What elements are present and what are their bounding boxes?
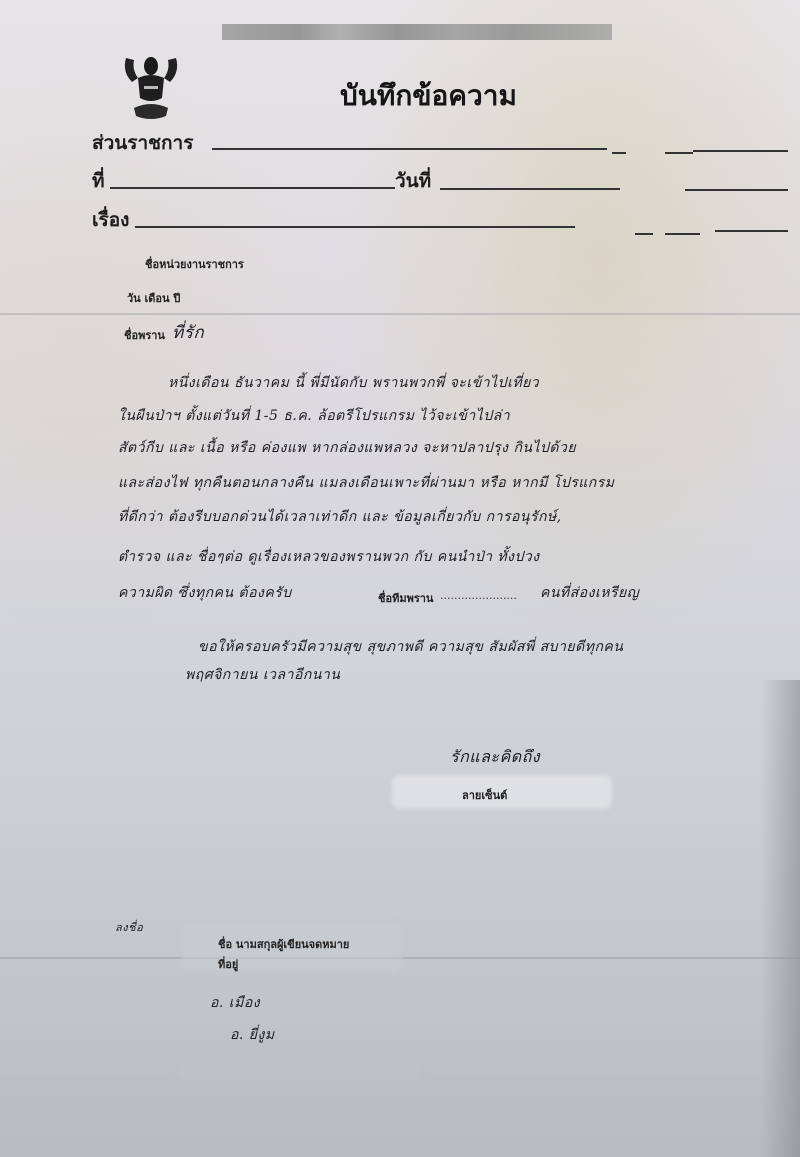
team-name-dots: ...................... <box>440 589 517 602</box>
addressee-handwritten: ที่รัก <box>172 319 204 346</box>
body-line: ความผิด ซึ่งทุกคน ต้องครับ <box>118 582 292 604</box>
ref-no-label: ที่ <box>92 166 105 196</box>
date-line-label: วัน เดือน ปี <box>127 289 180 307</box>
closing-line: ขอให้ครอบครัวมีความสุข สุขภาพดี ความสุข … <box>198 636 623 658</box>
page-title: บันทึกข้อความ <box>340 74 517 118</box>
date-line <box>685 189 788 191</box>
ref-no-line <box>110 187 395 189</box>
body-line: ที่ดีกว่า ต้องรีบบอกด่วนได้เวลาเท่าดีก แ… <box>118 506 562 528</box>
department-line <box>212 148 607 150</box>
redacted-header-strip <box>222 24 612 40</box>
subject-line <box>665 233 700 235</box>
department-line <box>693 150 788 152</box>
department-line <box>665 152 693 154</box>
signature-label: ลายเซ็นต์ <box>462 786 507 804</box>
redacted-address <box>180 1050 420 1080</box>
address-line: อ. ยี่งูม <box>230 1024 275 1046</box>
team-name-handwritten: คนที่ส่องเหรียญ <box>540 582 639 604</box>
body-line: สัตว์กีบ และ เนื้อ หรือ ค่องแพ หากล่องแพ… <box>118 437 576 459</box>
address-line: อ. เมือง <box>210 992 260 1014</box>
address-label: ที่อยู่ <box>218 955 238 973</box>
margin-note: ลงชื่อ <box>115 918 143 936</box>
date-line <box>440 188 620 190</box>
body-line: หนึ่งเดือน ธันวาคม นี้ พี่มีนัดกับ พรานพ… <box>168 372 539 394</box>
signature-phrase: รักและคิดถึง <box>450 745 540 770</box>
body-line: ตำรวจ และ ชื่อๆต่อ ดูเรื่องเหลวของพรานพว… <box>118 546 540 568</box>
writer-name-label: ชื่อ นามสกุลผู้เขียนจดหมาย <box>218 935 349 953</box>
agency-name-label: ชื่อหน่วยงานราชการ <box>145 255 244 273</box>
subject-line <box>715 230 788 232</box>
subject-line <box>635 233 653 235</box>
closing-line: พฤศจิกายน เวลาอีกนาน <box>185 664 340 686</box>
fold-line <box>0 313 800 315</box>
body-line: และส่องไฟ ทุกคืนตอนกลางคืน แมลงเดือนเพาะ… <box>118 472 615 494</box>
team-name-label: ชื่อทีมพราน <box>378 589 433 607</box>
subject-label: เรื่อง <box>92 205 129 235</box>
department-line <box>612 152 626 154</box>
addressee-prefix: ชื่อพราน <box>124 326 165 344</box>
subject-line <box>135 226 575 228</box>
body-line: ในผืนป่าฯ ตั้งแต่วันที่ 1-5 ธ.ค. ล้อตรีโ… <box>118 405 510 427</box>
department-label: ส่วนราชการ <box>92 128 193 158</box>
date-label: วันที่ <box>395 166 431 196</box>
garuda-emblem-icon <box>118 52 184 122</box>
paper-edge-shadow <box>760 680 800 1157</box>
